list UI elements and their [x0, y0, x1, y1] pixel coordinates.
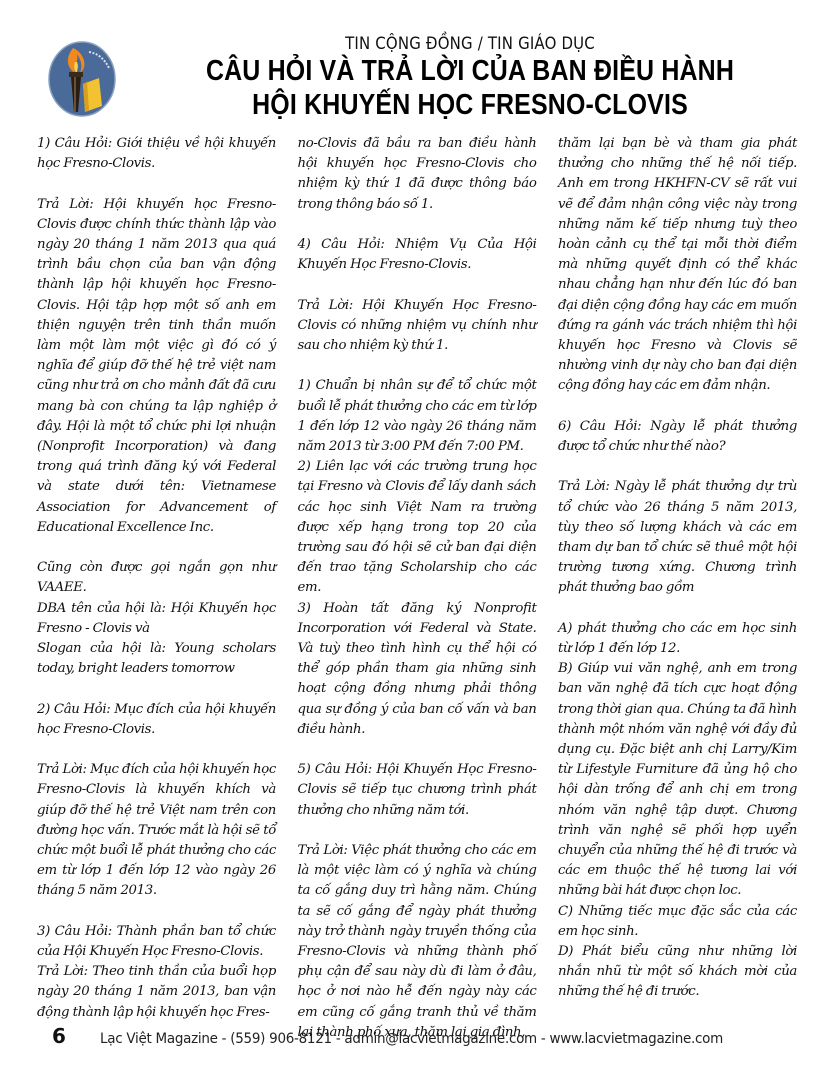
- article-header: TIN CỘNG ĐỒNG / TIN GIÁO DỤC CÂU HỎI VÀ …: [150, 34, 790, 122]
- paragraph: Trả Lời: Hội khuyến học Fresno-Clovis đư…: [37, 195, 276, 538]
- paragraph-gap: [37, 740, 276, 760]
- page-number: 6: [52, 1024, 100, 1048]
- paragraph-gap: [298, 275, 537, 295]
- paragraph: 1) Chuẩn bị nhân sự để tổ chức một buổi …: [298, 376, 537, 457]
- paragraph-gap: [558, 599, 797, 619]
- paragraph-gap: [298, 740, 537, 760]
- paragraph: B) Giúp vui văn nghệ, anh em trong ban v…: [558, 659, 797, 901]
- paragraph: thăm lại bạn bè và tham gia phát thưởng …: [558, 134, 797, 397]
- paragraph-gap: [37, 538, 276, 558]
- paragraph-gap: [558, 457, 797, 477]
- torch-book-emblem-icon: [47, 40, 117, 118]
- paragraph: C) Những tiếc mục đặc sắc của các em học…: [558, 902, 797, 942]
- paragraph: Trả Lời: Mục đích của hội khuyến học Fre…: [37, 760, 276, 901]
- paragraph: 1) Câu Hỏi: Giới thiệu về hội khuyến học…: [37, 134, 276, 174]
- paragraph-gap: [37, 902, 276, 922]
- paragraph: Trả Lời: Ngày lễ phát thưởng dự trù tổ c…: [558, 477, 797, 598]
- paragraph: Trả Lời: Hội Khuyến Học Fresno-Clovis có…: [298, 296, 537, 357]
- paragraph-gap: [298, 215, 537, 235]
- paragraph: 3) Hoàn tất đăng ký Nonprofit Incorporat…: [298, 599, 537, 740]
- paragraph: Cũng còn được gọi ngắn gọn như VAAEE.: [37, 558, 276, 598]
- page-footer: 6 Lạc Việt Magazine - (559) 906-8121 - a…: [52, 1024, 770, 1048]
- paragraph: 4) Câu Hỏi: Nhiệm Vụ Của Hội Khuyến Học …: [298, 235, 537, 275]
- paragraph: 6) Câu Hỏi: Ngày lễ phát thưởng được tổ …: [558, 417, 797, 457]
- paragraph: Slogan của hội là: Young scholars today,…: [37, 639, 276, 679]
- paragraph-gap: [298, 821, 537, 841]
- paragraph: no-Clovis đã bầu ra ban điều hành hội kh…: [298, 134, 537, 215]
- paragraph-gap: [558, 397, 797, 417]
- column-1: 1) Câu Hỏi: Giới thiệu về hội khuyến học…: [37, 134, 276, 1043]
- organization-logo: [47, 40, 117, 118]
- column-3: thăm lại bạn bè và tham gia phát thưởng …: [558, 134, 797, 1043]
- paragraph-gap: [37, 679, 276, 699]
- paragraph: 5) Câu Hỏi: Hội Khuyến Học Fresno-Clovis…: [298, 760, 537, 821]
- paragraph: A) phát thưởng cho các em học sinh từ lớ…: [558, 619, 797, 659]
- paragraph: D) Phát biểu cũng như những lời nhắn nhũ…: [558, 942, 797, 1003]
- article-title-line2: HỘI KHUYẾN HỌC FRESNO-CLOVIS: [195, 88, 745, 122]
- paragraph-gap: [298, 356, 537, 376]
- article-title-line1: CÂU HỎI VÀ TRẢ LỜI CỦA BAN ĐIỀU HÀNH: [195, 54, 745, 88]
- paragraph: DBA tên của hội là: Hội Khuyến học Fresn…: [37, 599, 276, 639]
- footer-contact-line: Lạc Việt Magazine - (559) 906-8121 - adm…: [100, 1031, 723, 1047]
- paragraph: 3) Câu Hỏi: Thành phần ban tổ chức của H…: [37, 922, 276, 962]
- section-kicker: TIN CỘNG ĐỒNG / TIN GIÁO DỤC: [188, 34, 751, 54]
- paragraph-gap: [37, 174, 276, 194]
- column-2: no-Clovis đã bầu ra ban điều hành hội kh…: [298, 134, 537, 1043]
- paragraph: 2) Câu Hỏi: Mục đích của hội khuyến học …: [37, 700, 276, 740]
- paragraph: Trả Lời: Việc phát thưởng cho các em là …: [298, 841, 537, 1043]
- paragraph: Trả Lời: Theo tinh thần của buổi họp ngà…: [37, 962, 276, 1023]
- article-body: 1) Câu Hỏi: Giới thiệu về hội khuyến học…: [37, 134, 797, 1043]
- paragraph: 2) Liên lạc với các trường trung học tại…: [298, 457, 537, 598]
